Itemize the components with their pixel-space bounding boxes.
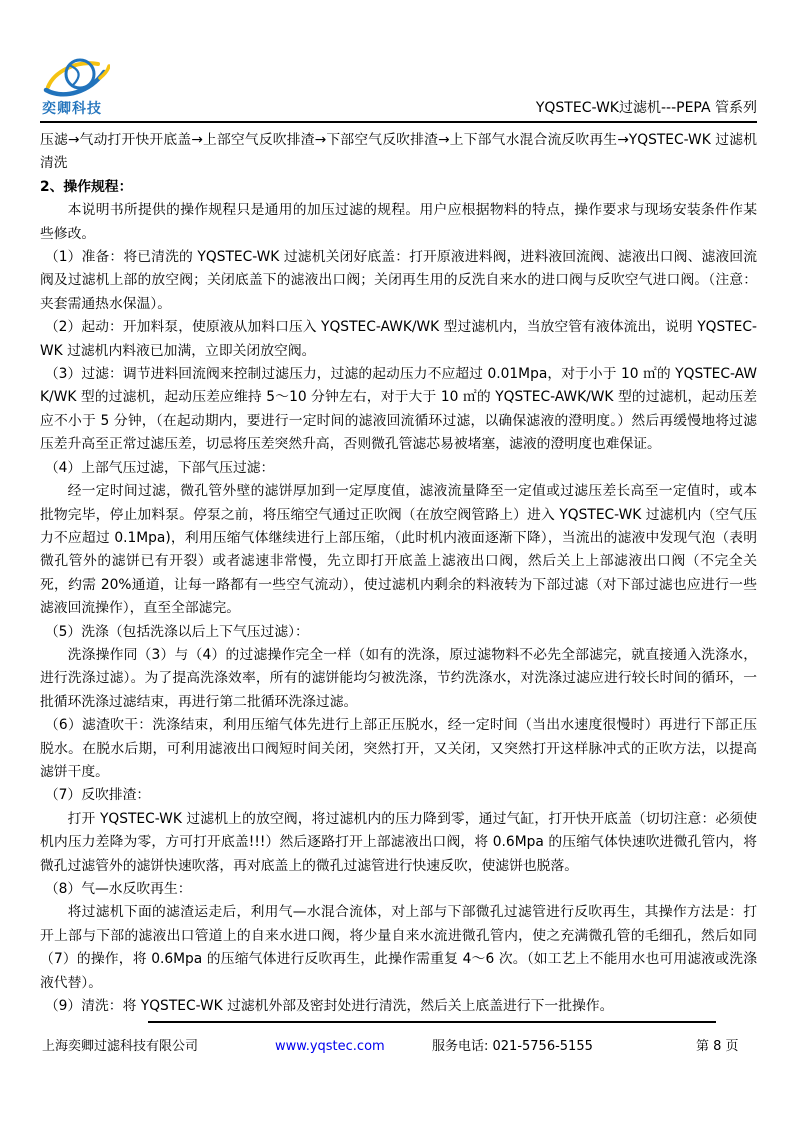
- paragraph: 本说明书所提供的操作规程只是通用的加压过滤的规程。用户应根据物料的特点，操作要求…: [40, 199, 757, 246]
- process-flow-line: 压滤→气动打开快开底盖→上部空气反吹排渣→下部空气反吹排渣→上下部气水混合流反吹…: [40, 129, 757, 176]
- footer: 上海奕卿过滤科技有限公司 www.yqstec.com 服务电话: 021-57…: [40, 1038, 757, 1058]
- paragraph: （5）洗涤（包括洗涤以后上下气压过滤）：: [40, 621, 757, 644]
- paragraph: （6）滤渣吹干：洗涤结束，利用压缩气体先进行上部正压脱水，经一定时间（当出水速度…: [40, 714, 757, 784]
- paragraph-list: 本说明书所提供的操作规程只是通用的加压过滤的规程。用户应根据物料的特点，操作要求…: [40, 199, 757, 1018]
- paragraph: （1）准备：将已清洗的 YQSTEC-WK 过滤机关闭好底盖：打开原液进料阀，进…: [40, 246, 757, 316]
- logo-globe-icon: [42, 54, 132, 100]
- header-rule: [40, 121, 757, 123]
- document-page: 奕卿科技 YQSTEC-WK过滤机---PEPA 管系列 压滤→气动打开快开底盖…: [0, 0, 793, 1122]
- paragraph: （8）气—水反吹再生：: [40, 878, 757, 901]
- paragraph: （7）反吹排渣：: [40, 784, 757, 807]
- footer-company: 上海奕卿过滤科技有限公司: [42, 1038, 198, 1056]
- paragraph: 洗涤操作同（3）与（4）的过滤操作完全一样（如有的洗涤，原过滤物料不必先全部滤完…: [40, 644, 757, 714]
- paragraph: （4）上部气压过滤，下部气压过滤：: [40, 457, 757, 480]
- paragraph: 打开 YQSTEC-WK 过滤机上的放空阀，将过滤机内的压力降到零，通过气缸，打…: [40, 808, 757, 878]
- section-title: 2、操作规程：: [40, 176, 757, 199]
- footer-rule: [148, 1021, 716, 1023]
- logo-text: 奕卿科技: [42, 101, 132, 117]
- paragraph: （9）清洗：将 YQSTEC-WK 过滤机外部及密封处进行清洗，然后关上底盖进行…: [40, 995, 757, 1018]
- paragraph: （2）起动：开加料泵，使原液从加料口压入 YQSTEC-AWK/WK 型过滤机内…: [40, 316, 757, 363]
- company-logo: 奕卿科技: [42, 54, 132, 117]
- doc-title: YQSTEC-WK过滤机---PEPA 管系列: [536, 99, 757, 117]
- footer-page-number: 第 8 页: [696, 1038, 739, 1056]
- footer-website-link[interactable]: www.yqstec.com: [275, 1038, 385, 1056]
- document-body: 压滤→气动打开快开底盖→上部空气反吹排渣→下部空气反吹排渣→上下部气水混合流反吹…: [40, 129, 757, 1018]
- footer-phone: 服务电话: 021-5756-5155: [432, 1038, 593, 1056]
- paragraph: 将过滤机下面的滤渣运走后，利用气—水混合流体，对上部与下部微孔过滤管进行反吹再生…: [40, 901, 757, 995]
- paragraph: 经一定时间过滤，微孔管外壁的滤饼厚加到一定厚度值，滤液流量降至一定值或过滤压差长…: [40, 480, 757, 620]
- paragraph: （3）过滤：调节进料回流阀来控制过滤压力，过滤的起动压力不应超过 0.01Mpa…: [40, 363, 757, 457]
